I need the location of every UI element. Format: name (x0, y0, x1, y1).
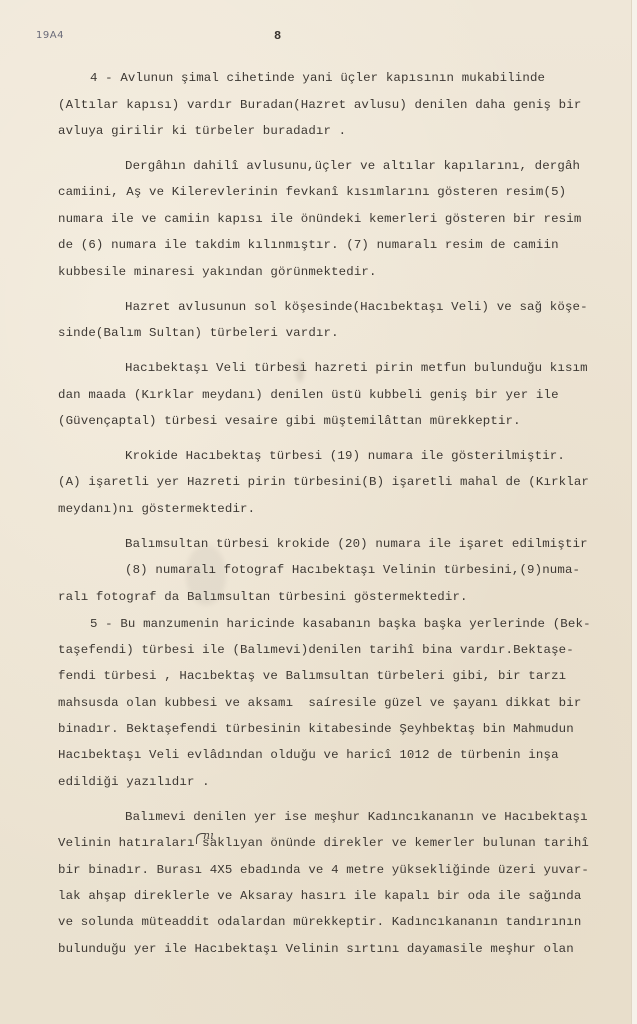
paper-edge (631, 0, 637, 1024)
text-line: (8) numaralı fotograf Hacıbektaşı Velini… (125, 562, 580, 578)
text-line: Hazret avlusunun sol köşesinde(Hacıbekta… (125, 299, 588, 315)
text-line: meydanı)nı göstermektedir. (58, 501, 255, 517)
text-line: kubbesile minaresi yakından görünmektedi… (58, 264, 377, 280)
text-line: taşefendi) türbesi ile (Balımevi)denilen… (58, 642, 574, 658)
text-line: (A) işaretli yer Hazreti pirin türbesini… (58, 474, 589, 490)
text-line: avluya girilir ki türbeler buradadır . (58, 123, 346, 139)
handwritten-insertion: nı (203, 829, 214, 842)
text-line: 4 - Avlunun şimal cihetinde yani üçler k… (90, 70, 545, 86)
text-line: sinde(Balım Sultan) türbeleri vardır. (58, 325, 339, 341)
text-line: Hacıbektaşı Veli türbesi hazreti pirin m… (125, 360, 588, 376)
text-line: Velinin hatıraları saklıyan önünde direk… (58, 835, 589, 851)
text-line: Krokide Hacıbektaş türbesi (19) numara i… (125, 448, 565, 464)
text-line: numara ile ve camiin kapısı ile önündeki… (58, 211, 581, 227)
text-line: ralı fotograf da Balımsultan türbesini g… (58, 589, 468, 605)
text-line: fendi türbesi , Hacıbektaş ve Balımsulta… (58, 668, 566, 684)
text-line: binadır. Bektaşefendi türbesinin kitabes… (58, 721, 574, 737)
text-line: dan maada (Kırklar meydanı) denilen üstü… (58, 387, 559, 403)
text-line: ve solunda müteaddit odalardan mürekkept… (58, 914, 581, 930)
text-line: bulunduğu yer ile Hacıbektaşı Velinin sı… (58, 941, 574, 957)
page-number: 8 (274, 29, 281, 43)
text-line: (Güvençaptal) türbesi vesaire gibi müşte… (58, 413, 521, 429)
text-line: Balımsultan türbesi krokide (20) numara … (125, 536, 588, 552)
text-line: Balımevi denilen yer ise meşhur Kadıncık… (125, 809, 588, 825)
text-line: camiini, Aş ve Kilerevlerinin fevkanî kı… (58, 184, 566, 200)
text-line: de (6) numara ile takdim kılınmıştır. (7… (58, 237, 559, 253)
typewritten-document-page: 19A4 8 4 - Avlunun şimal cihetinde yani … (0, 0, 637, 1024)
text-line: Hacıbektaşı Veli evlâdından olduğu ve ha… (58, 747, 559, 763)
text-line: mahsusda olan kubbesi ve aksamı saíresil… (58, 695, 581, 711)
text-line: Dergâhın dahilî avlusunu,üçler ve altıla… (125, 158, 580, 174)
text-line: lak ahşap direklerle ve Aksaray hasırı i… (58, 888, 581, 904)
archive-note: 19A4 (36, 30, 64, 41)
text-line: edildiği yazılıdır . (58, 774, 210, 790)
text-line: 5 - Bu manzumenin haricinde kasabanın ba… (90, 616, 591, 632)
text-line: (Altılar kapısı) vardır Buradan(Hazret a… (58, 97, 581, 113)
text-line: bir binadır. Burası 4X5 ebadında ve 4 me… (58, 862, 589, 878)
